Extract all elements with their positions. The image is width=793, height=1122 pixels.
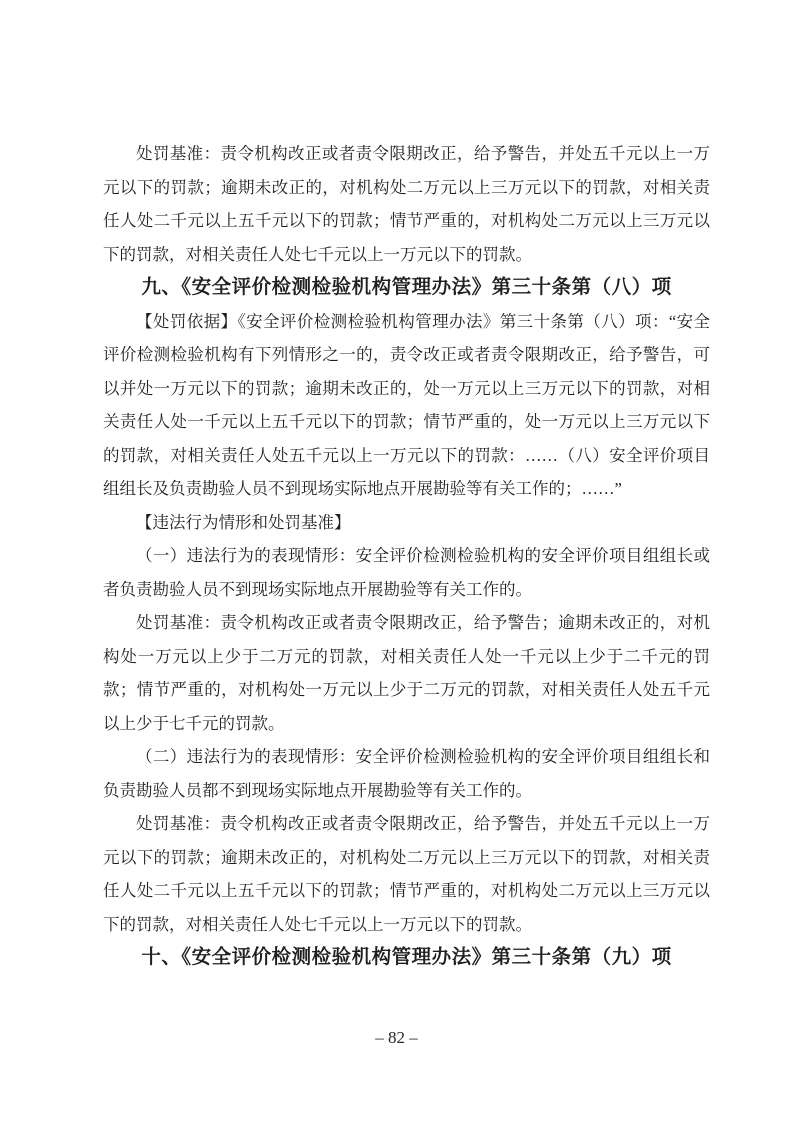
paragraph-penalty-basis-prev-section: 处罚基准：责令机构改正或者责令限期改正，给予警告，并处五千元以上一万元以下的罚款…: [103, 137, 710, 271]
paragraph-violation-and-basis-label: 【违法行为情形和处罚基准】: [103, 506, 710, 540]
paragraph-penalty-basis-case-1: 处罚基准：责令机构改正或者责令限期改正，给予警告；逾期未改正的，对机构处一万元以…: [103, 606, 710, 740]
paragraph-violation-case-2: （二）违法行为的表现情形：安全评价检测检验机构的安全评价项目组组长和负责勘验人员…: [103, 740, 710, 807]
document-page: 处罚基准：责令机构改正或者责令限期改正，给予警告，并处五千元以上一万元以下的罚款…: [0, 0, 793, 1122]
heading-section-10: 十、《安全评价检测检验机构管理办法》第三十条第（九）项: [103, 941, 710, 975]
paragraph-penalty-basis-case-2: 处罚基准：责令机构改正或者责令限期改正，给予警告，并处五千元以上一万元以下的罚款…: [103, 807, 710, 941]
paragraph-violation-case-1: （一）违法行为的表现情形：安全评价检测检验机构的安全评价项目组组长或者负责勘验人…: [103, 539, 710, 606]
page-number: – 82 –: [0, 1026, 793, 1050]
document-body: 处罚基准：责令机构改正或者责令限期改正，给予警告，并处五千元以上一万元以下的罚款…: [103, 137, 710, 975]
paragraph-penalty-legal-basis: 【处罚依据】《安全评价检测检验机构管理办法》第三十条第（八）项：“安全评价检测检…: [103, 305, 710, 506]
heading-section-9: 九、《安全评价检测检验机构管理办法》第三十条第（八）项: [103, 271, 710, 305]
